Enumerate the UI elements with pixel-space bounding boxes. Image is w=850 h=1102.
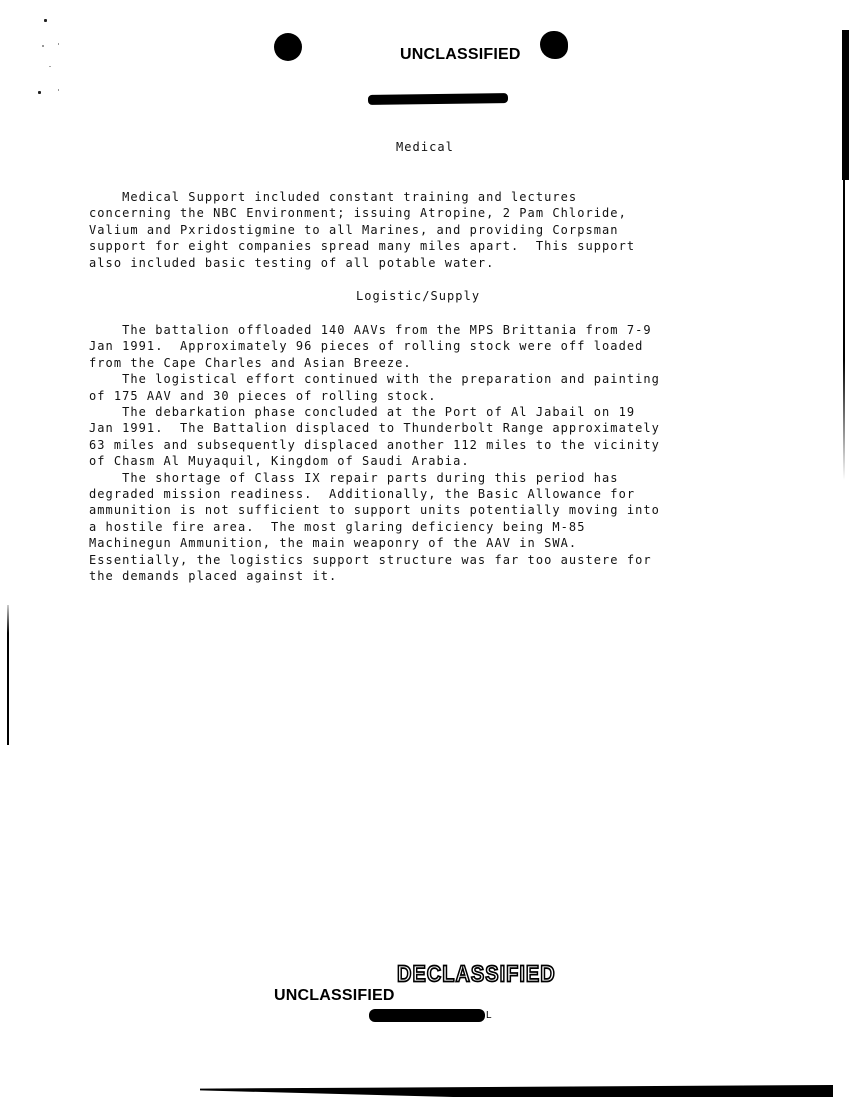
document-page: UNCLASSIFIED Medical Medical Support inc… [0, 0, 850, 1102]
text-line: Medical Support included constant traini… [89, 189, 789, 205]
text-line: Essentially, the logistics support struc… [89, 552, 789, 568]
text-line: Valium and Pxridostigmine to all Marines… [89, 222, 789, 238]
text-line: a hostile fire area. The most glaring de… [89, 519, 789, 535]
text-line: also included basic testing of all potab… [89, 255, 789, 271]
text-line: concerning the NBC Environment; issuing … [89, 205, 789, 221]
scan-edge-right-thin [843, 180, 845, 480]
scan-speck [38, 91, 41, 94]
punch-hole-left [274, 33, 302, 61]
scan-speck [58, 43, 59, 45]
text-line: The logistical effort continued with the… [89, 371, 789, 387]
header-redaction [368, 93, 508, 105]
text-line: The shortage of Class IX repair parts du… [89, 470, 789, 486]
scan-speck [42, 45, 44, 47]
declassified-stamp: DECLASSIFIED [397, 962, 556, 988]
text-line: from the Cape Charles and Asian Breeze. [89, 355, 789, 371]
scan-edge-left [7, 605, 9, 745]
scan-edge-bottom [200, 1085, 833, 1097]
footer-stamp-tail: L [486, 1010, 492, 1021]
scan-speck [44, 19, 47, 22]
text-line: of 175 AAV and 30 pieces of rolling stoc… [89, 388, 789, 404]
scan-speck [49, 66, 51, 67]
section-body-logistic: The battalion offloaded 140 AAVs from th… [89, 322, 789, 585]
footer-redaction [369, 1009, 485, 1022]
text-line: The debarkation phase concluded at the P… [89, 404, 789, 420]
section-heading-medical: Medical [396, 140, 454, 154]
punch-hole-right [540, 31, 568, 59]
section-heading-logistic: Logistic/Supply [356, 289, 480, 303]
header-classification: UNCLASSIFIED [400, 46, 521, 64]
footer-classification: UNCLASSIFIED [274, 987, 395, 1005]
text-line: ammunition is not sufficient to support … [89, 502, 789, 518]
text-line: of Chasm Al Muyaquil, Kingdom of Saudi A… [89, 453, 789, 469]
scan-speck [58, 89, 59, 91]
text-line: 63 miles and subsequently displaced anot… [89, 437, 789, 453]
text-line: The battalion offloaded 140 AAVs from th… [89, 322, 789, 338]
text-line: Jan 1991. The Battalion displaced to Thu… [89, 420, 789, 436]
text-line: degraded mission readiness. Additionally… [89, 486, 789, 502]
text-line: Jan 1991. Approximately 96 pieces of rol… [89, 338, 789, 354]
section-body-medical: Medical Support included constant traini… [89, 189, 789, 271]
text-line: support for eight companies spread many … [89, 238, 789, 254]
text-line: Machinegun Ammunition, the main weaponry… [89, 535, 789, 551]
text-line: the demands placed against it. [89, 568, 789, 584]
scan-edge-right [842, 30, 849, 180]
